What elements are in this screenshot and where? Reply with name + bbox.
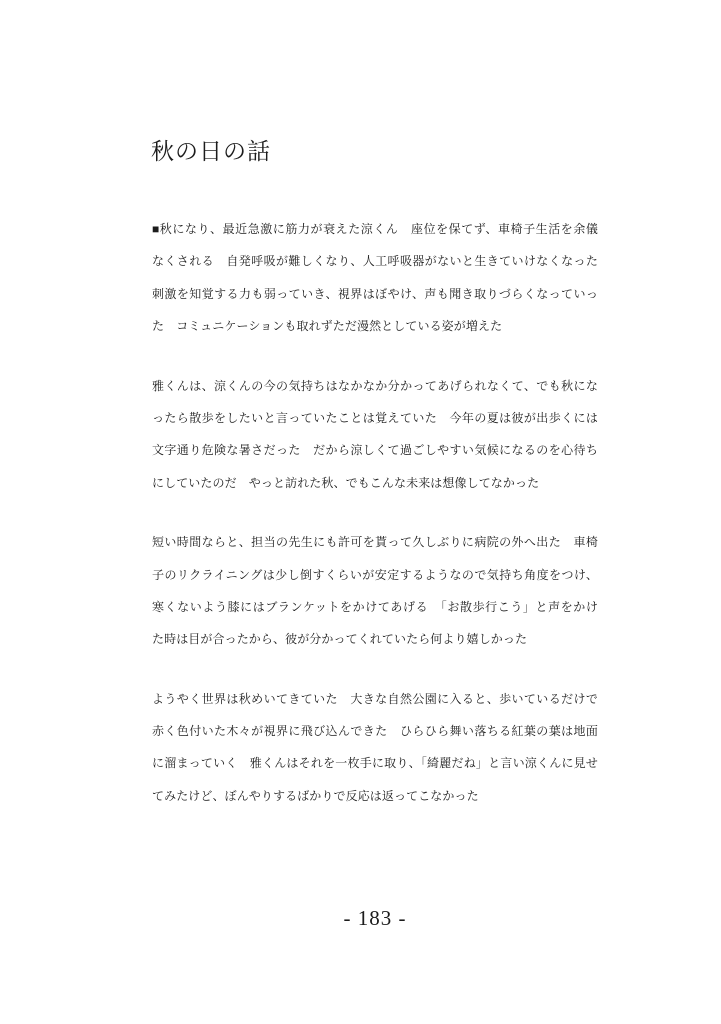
text-line: に溜まっていく 雅くんはそれを一枚手に取り、「綺麗だね」と言い涼くんに見せ: [152, 747, 598, 779]
text-line: 短い時間ならと、担当の先生にも許可を貰って久しぶりに病院の外へ出た 車椅: [152, 526, 598, 558]
text-line: てみたけど、ぼんやりするばかりで反応は返ってこなかった: [152, 780, 598, 812]
text-line: 子のリクライニングは少し倒すくらいが安定するようなので気持ち角度をつけ、: [152, 559, 598, 591]
text-line: た時は目が合ったから、彼が分かってくれていたら何より嬉しかった: [152, 623, 598, 655]
paragraph: 短い時間ならと、担当の先生にも許可を貰って久しぶりに病院の外へ出た 車椅 子のリ…: [152, 526, 598, 656]
text-line: た コミュニケーションも取れずただ漫然としている姿が増えた: [152, 310, 598, 342]
text-line: ようやく世界は秋めいてきていた 大きな自然公園に入ると、歩いているだけで: [152, 683, 598, 715]
paragraph: ようやく世界は秋めいてきていた 大きな自然公園に入ると、歩いているだけで 赤く色…: [152, 683, 598, 813]
text-line: なくされる 自発呼吸が難しくなり、人工呼吸器がないと生きていけなくなった: [152, 245, 598, 277]
paragraph: ■秋になり、最近急激に筋力が衰えた涼くん 座位を保てず、車椅子生活を余儀 なくさ…: [152, 213, 598, 343]
text-line: ったら散歩をしたいと言っていたことは覚えていた 今年の夏は彼が出歩くには: [152, 402, 598, 434]
text-line: 文字通り危険な暑さだった だから涼しくて過ごしやすい気候になるのを心待ち: [152, 434, 598, 466]
text-line: 刺激を知覚する力も弱っていき、視界はぼやけ、声も聞き取りづらくなっていっ: [152, 278, 598, 310]
text-line: 寒くないよう膝にはブランケットをかけてあげる 「お散歩行こう」と声をかけ: [152, 591, 598, 623]
page-title: 秋の日の話: [151, 133, 271, 166]
text-line: にしていたのだ やっと訪れた秋、でもこんな未来は想像してなかった: [152, 467, 598, 499]
text-line: 雅くんは、涼くんの今の気持ちはなかなか分かってあげられなくて、でも秋にな: [152, 370, 598, 402]
text-line: 赤く色付いた木々が視界に飛び込んできた ひらひら舞い落ちる紅葉の葉は地面: [152, 715, 598, 747]
document-page: 秋の日の話 ■秋になり、最近急激に筋力が衰えた涼くん 座位を保てず、車椅子生活を…: [0, 0, 721, 1024]
text-line: ■秋になり、最近急激に筋力が衰えた涼くん 座位を保てず、車椅子生活を余儀: [152, 213, 598, 245]
paragraph: 雅くんは、涼くんの今の気持ちはなかなか分かってあげられなくて、でも秋にな ったら…: [152, 370, 598, 500]
page-number: - 183 -: [152, 906, 598, 931]
body-text: ■秋になり、最近急激に筋力が衰えた涼くん 座位を保てず、車椅子生活を余儀 なくさ…: [152, 213, 598, 812]
